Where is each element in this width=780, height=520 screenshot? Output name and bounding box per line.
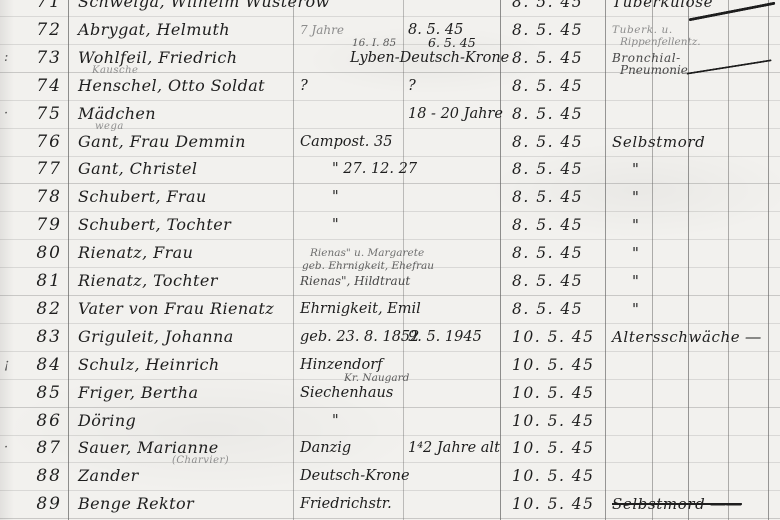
row-number: 73 [12, 46, 62, 70]
row-number: 82 [12, 297, 62, 321]
table-row: 78 Schubert, Frau " 8. 5. 45 " [0, 185, 780, 213]
table-row: · 87 Sauer, Marianne Danzig 1⁴2 Jahre al… [0, 436, 780, 464]
death-date: 8. 5. 45 [512, 130, 583, 154]
table-row: 74 Kausche Henschel, Otto Soldat ? ? 8. … [0, 74, 780, 102]
death-date: 8. 5. 45 [512, 297, 583, 321]
death-date: 10. 5. 45 [512, 381, 595, 405]
origin-or-birth-entry: Danzig [300, 436, 351, 460]
cause-remark: " [612, 269, 640, 293]
death-date: 10. 5. 45 [512, 492, 595, 516]
cause-remark: " [612, 157, 640, 181]
table-row: 71 Schwelga, Wilhelm Wusterow 8. 5. 45 T… [0, 0, 780, 18]
table-row: 86 Döring " 10. 5. 45 [0, 409, 780, 437]
table-row: 89 Benge Rektor Friedrichstr. 10. 5. 45 … [0, 492, 780, 520]
cause-remark: " [612, 241, 640, 265]
death-date: 8. 5. 45 [512, 0, 583, 14]
row-number: 72 [12, 18, 62, 42]
table-row: 80 Rienatz, Frau Rienas" u. Margarete ge… [0, 241, 780, 269]
name-annotation: (Charvier) [172, 455, 229, 466]
cause-remark: Tuberkulose [612, 0, 713, 14]
age-or-date-entry: 18 - 20 Jahre [408, 102, 503, 126]
death-date: 10. 5. 45 [512, 353, 595, 377]
table-row: 81 Rienatz, Tochter Rienas", Hildtraut 8… [0, 269, 780, 297]
death-date: 8. 5. 45 [512, 102, 583, 126]
name-entry: Rienatz, Frau [78, 241, 193, 265]
death-date: 8. 5. 45 [512, 46, 583, 70]
name-entry: Friger, Bertha [78, 381, 198, 405]
name-entry: Schwelga, Wilhelm Wusterow [78, 0, 330, 14]
table-row: 82 Vater von Frau Rienatz Ehrnigkeit, Em… [0, 297, 780, 325]
row-number: 84 [12, 353, 62, 377]
death-date: 10. 5. 45 [512, 464, 595, 488]
row-number: 78 [12, 185, 62, 209]
table-row: 83 Griguleit, Johanna geb. 23. 8. 1852 9… [0, 325, 780, 353]
death-date: 10. 5. 45 [512, 325, 595, 349]
death-date: 8. 5. 45 [512, 74, 583, 98]
cause-remark: " [612, 185, 640, 209]
death-date: 8. 5. 45 [512, 185, 583, 209]
origin-or-birth-entry: 7 Jahre [300, 18, 344, 42]
table-row: ¡ 84 Schulz, Heinrich Hinzendorf Kr. Nau… [0, 353, 780, 381]
row-number: 77 [12, 157, 62, 181]
name-entry: Abrygat, Helmuth [78, 18, 230, 42]
name-entry: Benge Rektor [78, 492, 194, 516]
origin-or-birth-entry: Lyben-Deutsch-Krone [300, 46, 509, 70]
death-date: 10. 5. 45 [512, 436, 595, 460]
name-entry: Griguleit, Johanna [78, 325, 234, 349]
name-entry: Zander [78, 464, 139, 488]
name-entry: Gant, Christel [78, 157, 197, 181]
row-number: 79 [12, 213, 62, 237]
row-number: 89 [12, 492, 62, 516]
row-number: 88 [12, 464, 62, 488]
origin-or-birth-entry: Friedrichstr. [300, 492, 392, 516]
name-entry: Rienatz, Tochter [78, 269, 218, 293]
death-date: 8. 5. 45 [512, 213, 583, 237]
death-date: 8. 5. 45 [512, 157, 583, 181]
row-number: 76 [12, 130, 62, 154]
origin-or-birth-entry: geb. 23. 8. 1852 [300, 325, 419, 349]
origin-or-birth-entry: " 27. 12. 27 [300, 157, 417, 181]
name-entry: Gant, Frau Demmin [78, 130, 246, 154]
row-number: 71 [12, 0, 62, 14]
death-date: 8. 5. 45 [512, 18, 583, 42]
cause-remark: " [612, 213, 640, 237]
origin-or-birth-entry: " [300, 213, 339, 237]
origin-or-birth-entry: Ehrnigkeit, Emil [300, 297, 421, 321]
age-or-date-entry: ? [408, 74, 416, 98]
age-or-date-entry: 9. 5. 1945 [408, 325, 482, 349]
origin-or-birth-entry: ? [300, 74, 308, 98]
origin-or-birth-entry: Campost. 35 [300, 130, 392, 154]
name-entry: Vater von Frau Rienatz [78, 297, 274, 321]
name-entry: Schulz, Heinrich [78, 353, 220, 377]
row-number: 83 [12, 325, 62, 349]
cause-remark: Selbstmord [612, 130, 705, 154]
table-row: 72 Abrygat, Helmuth 7 Jahre 16. I. 85 8.… [0, 18, 780, 46]
name-entry: Döring [78, 409, 136, 433]
ledger-page: 71 Schwelga, Wilhelm Wusterow 8. 5. 45 T… [0, 0, 780, 520]
table-row: 79 Schubert, Tochter " 8. 5. 45 " [0, 213, 780, 241]
death-date: 10. 5. 45 [512, 409, 595, 433]
origin-or-birth-entry: " [300, 185, 339, 209]
name-entry: Schubert, Tochter [78, 213, 231, 237]
cause-remark: Selbstmord ―― [612, 492, 742, 516]
table-row: 77 Gant, Christel " 27. 12. 27 8. 5. 45 … [0, 157, 780, 185]
cause-remark: " [612, 297, 640, 321]
table-row: 85 Friger, Bertha Siechenhaus 10. 5. 45 [0, 381, 780, 409]
name-entry: Schubert, Frau [78, 185, 207, 209]
table-row: 76 wega Gant, Frau Demmin Campost. 35 8.… [0, 130, 780, 158]
origin-or-birth-entry: Siechenhaus [300, 381, 393, 405]
row-number: 85 [12, 381, 62, 405]
row-number: 80 [12, 241, 62, 265]
death-date: 8. 5. 45 [512, 241, 583, 265]
row-number: 86 [12, 409, 62, 433]
origin-or-birth-entry: " [300, 409, 339, 433]
row-number: 87 [12, 436, 62, 460]
age-or-date-entry: 1⁴2 Jahre alt [408, 436, 500, 460]
cause-remark: Altersschwäche ― [612, 325, 761, 349]
name-entry: Henschel, Otto Soldat [78, 74, 265, 98]
row-number: 81 [12, 269, 62, 293]
table-row: 88 (Charvier) Zander Deutsch-Krone 10. 5… [0, 464, 780, 492]
row-number: 75 [12, 102, 62, 126]
origin-or-birth-entry: Deutsch-Krone [300, 464, 410, 488]
death-date: 8. 5. 45 [512, 269, 583, 293]
row-number: 74 [12, 74, 62, 98]
origin-or-birth-entry: Rienas", Hildtraut [300, 269, 410, 293]
